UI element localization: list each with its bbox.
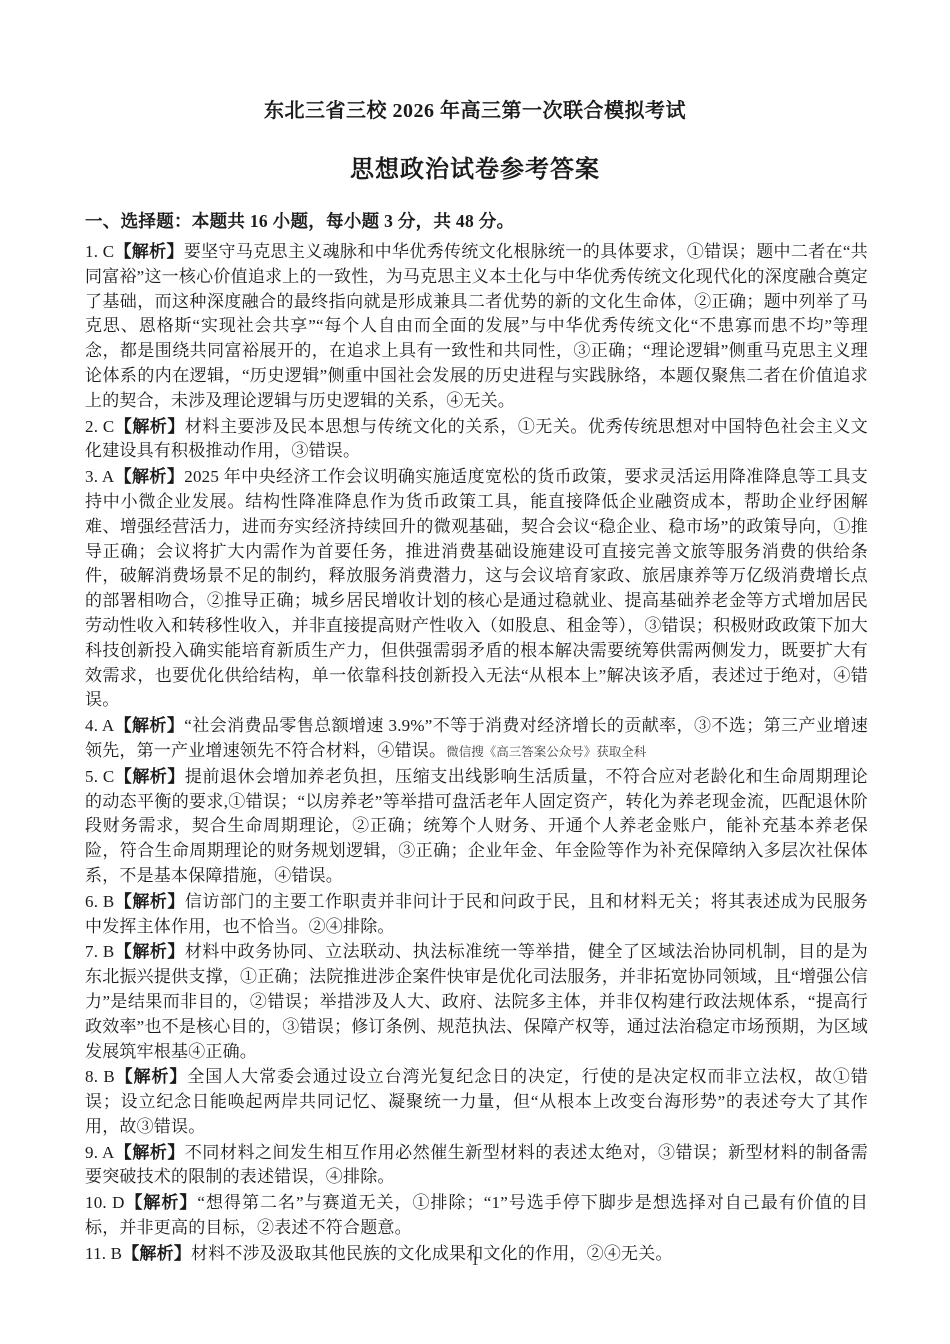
analysis-text: 提前退休会增加养老负担，压缩支出线影响生活质量，不符合应对老龄化和生命周期理论的… [85, 767, 868, 885]
analysis-text: 信访部门的主要工作职责并非问计于民和问政于民，且和材料无关；将其表述成为民服务中… [85, 892, 868, 936]
answer-label: 6. B [85, 892, 114, 911]
answer-item: 8. B【解析】全国人大常委会通过设立台湾光复纪念日的决定，行使的是决定权而非立… [85, 1065, 868, 1140]
answer-label: 7. B [85, 942, 114, 961]
answer-item: 4. A【解析】“社会消费品零售总额增速 3.9%”不等于消费对经济增长的贡献率… [85, 714, 868, 765]
answer-label: 5. C [85, 767, 114, 786]
answer-key-title: 思想政治试卷参考答案 [0, 149, 950, 184]
answer-label: 4. A [85, 716, 114, 735]
answer-item: 3. A【解析】2025 年中央经济工作会议明确实施适度宽松的货币政策，要求灵活… [85, 465, 868, 714]
analysis-marker: 【解析】 [115, 1067, 187, 1086]
analysis-marker: 【解析】 [114, 892, 184, 911]
answers-list: 1. C【解析】要坚守马克思主义魂脉和中华优秀传统文化根脉统一的具体要求，①错误… [85, 240, 868, 1268]
answer-label: 1. C [85, 242, 114, 261]
answer-item: 7. B【解析】材料中政务协同、立法联动、执法标准统一等举措，健全了区域法治协同… [85, 940, 868, 1065]
analysis-marker: 【解析】 [114, 767, 184, 786]
answer-item: 5. C【解析】提前退休会增加养老负担，压缩支出线影响生活质量，不符合应对老龄化… [85, 765, 868, 890]
answer-item: 6. B【解析】信访部门的主要工作职责并非问计于民和问政于民，且和材料无关；将其… [85, 890, 868, 941]
analysis-marker: 【解析】 [114, 716, 184, 735]
answer-label: 8. B [85, 1067, 115, 1086]
document-page: 东北三省三校 2026 年高三第一次联合模拟考试 思想政治试卷参考答案 一、选择… [0, 0, 950, 1344]
answer-item: 9. A【解析】不同材料之间发生相互作用必然催生新型材料的表述太绝对，③错误；新… [85, 1141, 868, 1192]
analysis-text: 2025 年中央经济工作会议明确实施适度宽松的货币政策，要求灵活运用降准降息等工… [85, 467, 868, 709]
analysis-text: 材料主要涉及民本思想与传统文化的关系，①无关。优秀传统思想对中国特色社会主义文化… [85, 417, 868, 461]
analysis-marker: 【解析】 [125, 1193, 198, 1212]
page-number: 1 [0, 1253, 950, 1270]
analysis-marker: 【解析】 [114, 467, 184, 486]
answer-item: 1. C【解析】要坚守马克思主义魂脉和中华优秀传统文化根脉统一的具体要求，①错误… [85, 240, 868, 415]
answer-label: 9. A [85, 1143, 114, 1162]
analysis-text: 要坚守马克思主义魂脉和中华优秀传统文化根脉统一的具体要求，①错误；题中二者在“共… [85, 242, 868, 410]
analysis-marker: 【解析】 [114, 1143, 184, 1162]
answer-label: 10. D [85, 1193, 125, 1212]
analysis-text: 材料中政务协同、立法联动、执法标准统一等举措，健全了区域法治协同机制，目的是为东… [85, 942, 868, 1060]
document-content: 一、选择题：本题共 16 小题，每小题 3 分，共 48 分。 1. C【解析】… [85, 208, 868, 1268]
answer-label: 2. C [85, 417, 114, 436]
analysis-text: “想得第二名”与赛道无关，①排除；“1”号选手停下脚步是想选择对自己最有价值的目… [85, 1193, 868, 1237]
analysis-text: 全国人大常委会通过设立台湾光复纪念日的决定，行使的是决定权而非立法权，故①错误；… [85, 1067, 868, 1136]
answer-label: 3. A [85, 467, 114, 486]
analysis-marker: 【解析】 [114, 417, 184, 436]
answer-item: 10. D【解析】“想得第二名”与赛道无关，①排除；“1”号选手停下脚步是想选择… [85, 1191, 868, 1242]
analysis-text: 不同材料之间发生相互作用必然催生新型材料的表述太绝对，③错误；新型材料的制备需要… [85, 1143, 868, 1187]
analysis-marker: 【解析】 [114, 942, 184, 961]
analysis-marker: 【解析】 [114, 242, 184, 261]
exam-title: 东北三省三校 2026 年高三第一次联合模拟考试 [0, 0, 950, 123]
section-heading: 一、选择题：本题共 16 小题，每小题 3 分，共 48 分。 [85, 208, 868, 233]
answer-item: 2. C【解析】材料主要涉及民本思想与传统文化的关系，①无关。优秀传统思想对中国… [85, 415, 868, 466]
watermark-note: 微信搜《高三答案公众号》获取全科 [446, 745, 646, 759]
